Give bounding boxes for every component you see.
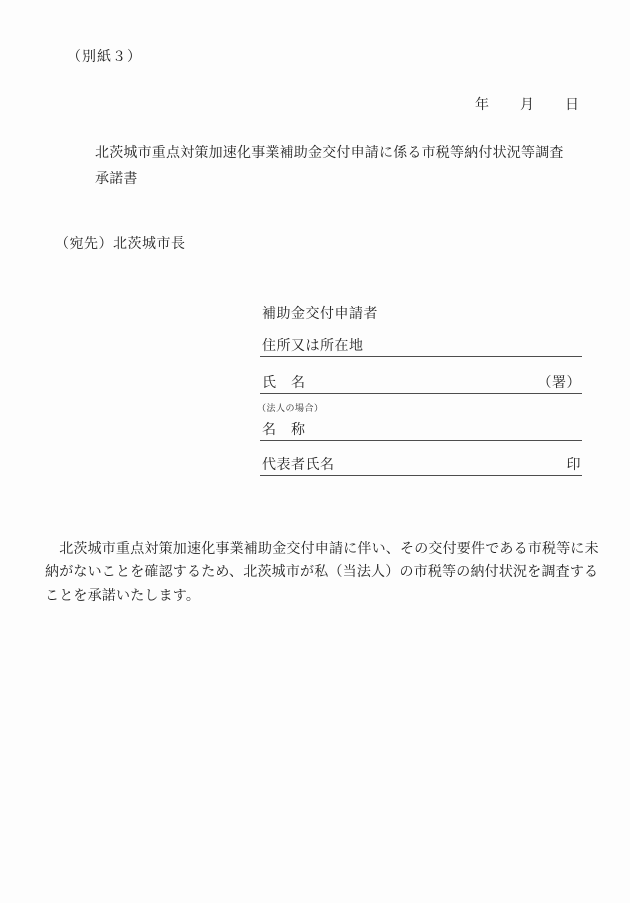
document-title-line1: 北茨城市重点対策加速化事業補助金交付申請に係る市税等納付状況等調査	[95, 141, 564, 167]
consent-body-line1: 北茨城市重点対策加速化事業補助金交付申請に伴い、その交付要件である市税等に未	[45, 538, 590, 561]
document-title-line2: 承諾書	[95, 167, 564, 193]
consent-body-paragraph: 北茨城市重点対策加速化事業補助金交付申請に伴い、その交付要件である市税等に未 納…	[45, 538, 590, 608]
consent-body-line2: 納がないことを確認するため、北茨城市が私（当法人）の市税等の納付状況を調査する	[45, 561, 590, 584]
corporate-case-note: （法人の場合）	[257, 401, 324, 414]
field-representative-seal-suffix: 印	[567, 454, 583, 474]
attachment-number-label: （別紙３）	[67, 46, 142, 66]
date-fill-in-line: 年 月 日	[475, 94, 580, 114]
field-corporate-name: 名 称	[260, 422, 582, 441]
field-representative-name-label: 代表者氏名	[262, 454, 335, 474]
field-address-label: 住所又は所在地	[262, 335, 364, 355]
consent-body-line3: ことを承諾いたします。	[45, 585, 590, 608]
field-name-label: 氏 名	[262, 372, 306, 392]
document-page: （別紙３） 年 月 日 北茨城市重点対策加速化事業補助金交付申請に係る市税等納付…	[0, 0, 630, 903]
addressee-line: （宛先）北茨城市長	[55, 233, 186, 253]
field-name: 氏 名 （署）	[260, 375, 582, 394]
field-address: 住所又は所在地	[260, 338, 582, 357]
applicant-section-heading: 補助金交付申請者	[262, 303, 378, 323]
document-title: 北茨城市重点対策加速化事業補助金交付申請に係る市税等納付状況等調査 承諾書	[95, 141, 564, 192]
field-corporate-name-label: 名 称	[262, 419, 306, 439]
field-name-signature-suffix: （署）	[538, 372, 583, 392]
field-representative-name: 代表者氏名 印	[260, 457, 582, 476]
